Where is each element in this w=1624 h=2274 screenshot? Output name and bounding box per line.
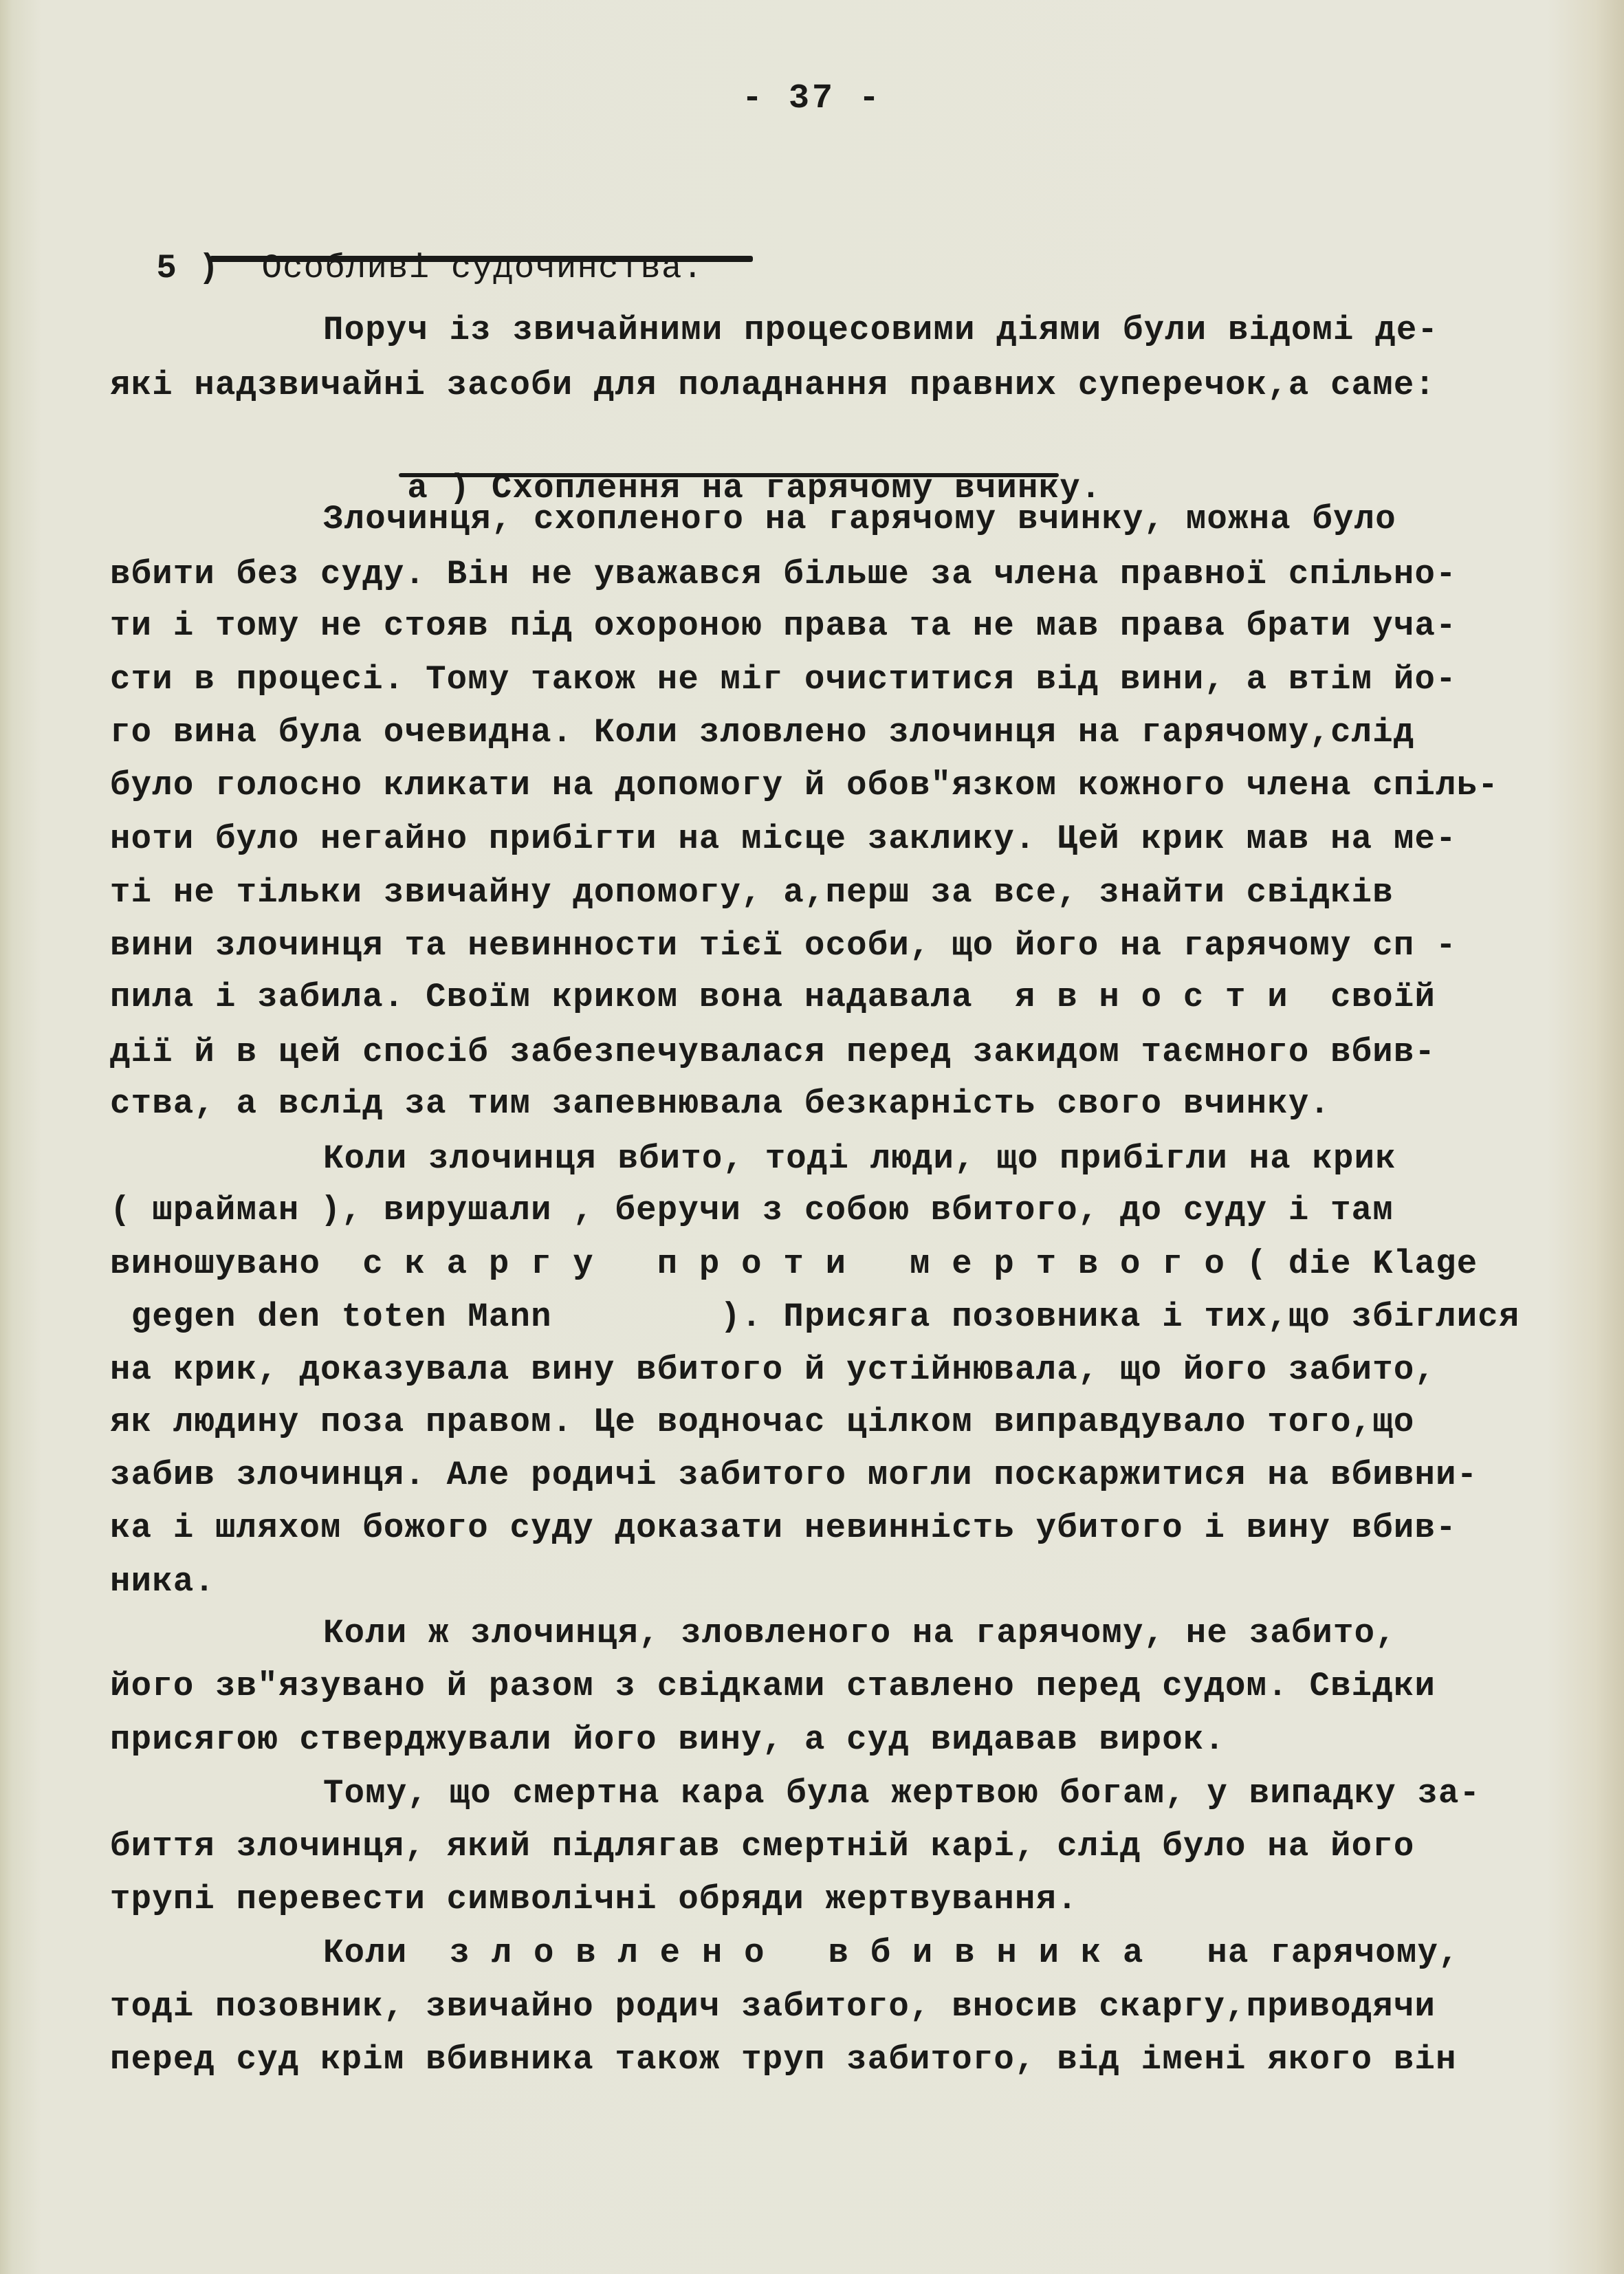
text-line: присягою стверджували його вину, а суд в… <box>110 1719 1225 1760</box>
text-line: Коли з л о в л е н о в б и в н и к а на … <box>323 1932 1460 1974</box>
page-number: - 37 - <box>0 79 1624 118</box>
text-line: тоді позовник, звичайно родич забитого, … <box>110 1986 1436 2027</box>
text-line: Тому, що смертна кара була жертвою богам… <box>323 1773 1480 1814</box>
text-line: Коли злочинця вбито, тоді люди, що прибі… <box>323 1138 1396 1179</box>
text-line: gegen den toten Mann ). Присяга позовник… <box>110 1296 1520 1337</box>
section-number: 5 ) <box>156 249 219 287</box>
text-line: ка і шляхом божого суду доказати невинні… <box>110 1507 1457 1549</box>
text-line: Поруч із звичайними процесовими діями бу… <box>323 309 1438 351</box>
text-line: ника. <box>110 1561 215 1602</box>
document-page: - 37 - 5 ) Особливі судочинства. Поруч і… <box>0 0 1624 2274</box>
text-line: які надзвичайні засоби для поладнання пр… <box>110 364 1436 406</box>
text-line: вбити без суду. Він не уважався більше з… <box>110 554 1457 595</box>
text-line: пила і забила. Своїм криком вона надавал… <box>110 976 1436 1018</box>
text-line: як людину поза правом. Це водночас цілко… <box>110 1401 1415 1443</box>
text-line: було голосно кликати на допомогу й обов"… <box>110 765 1499 806</box>
text-line: трупі перевести символічні обряди жертву… <box>110 1879 1078 1920</box>
text-line: на крик, доказувала вину вбитого й устій… <box>110 1349 1436 1390</box>
text-line: ( шрайман ), вирушали , беручи з собою в… <box>110 1190 1394 1231</box>
text-line: ства, а вслід за тим запевнювала безкарн… <box>110 1083 1330 1124</box>
text-line: ті не тільки звичайну допомогу, а,перш з… <box>110 872 1394 913</box>
text-line: Злочинця, схопленого на гарячому вчинку,… <box>323 499 1396 540</box>
text-line: Коли ж злочинця, зловленого на гарячому,… <box>323 1612 1396 1654</box>
text-line: сти в процесі. Тому також не міг очистит… <box>110 659 1457 700</box>
text-line: биття злочинця, який підлягав смертній к… <box>110 1826 1415 1867</box>
section-heading-underline <box>210 256 753 262</box>
subsection-heading-underline <box>399 473 1059 477</box>
section-title: Особливі судочинства. <box>261 249 703 287</box>
text-line: дії й в цей спосіб забезпечувалася перед… <box>110 1031 1436 1073</box>
text-line: ноти було негайно прибігти на місце закл… <box>110 818 1457 860</box>
text-line: вини злочинця та невинности тієї особи, … <box>110 925 1457 966</box>
text-line: його зв"язувано й разом з свідками ставл… <box>110 1665 1436 1707</box>
text-line: го вина була очевидна. Коли зловлено зло… <box>110 712 1415 753</box>
text-line: виношувано с к а р г у п р о т и м е р т… <box>110 1243 1478 1284</box>
text-line: ти і тому не стояв під охороною права та… <box>110 605 1457 646</box>
text-line: забив злочинця. Але родичі забитого могл… <box>110 1454 1478 1496</box>
text-line: перед суд крім вбивника також труп забит… <box>110 2039 1457 2080</box>
